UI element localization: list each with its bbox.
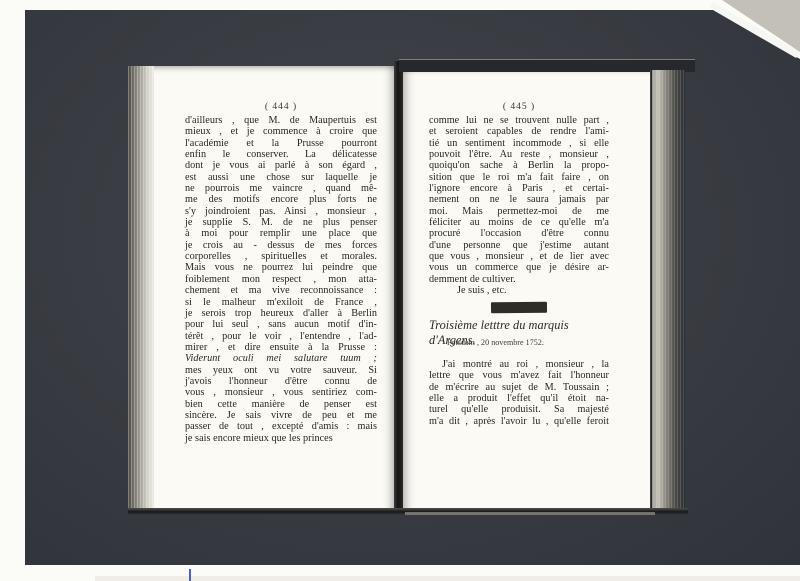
scanned-book-page: ( 444 ) d'ailleurs , que M. de Maupertui… [0, 0, 800, 581]
book-bottom-page-edge-highlight [405, 512, 655, 515]
text-line: s'y joindroient pas. Ainsi , monsieur , [185, 206, 377, 217]
text-line: pouvoit l'être. Au reste , monsieur , [429, 149, 609, 160]
scan-bottom-margin-shade [95, 576, 800, 581]
text-line: chement et ma vive reconnoissance : [185, 285, 377, 296]
text-line: turel qu'elle produisit. Sa majesté [429, 404, 609, 415]
text-line: nement on ne le saura jamais par [429, 194, 609, 205]
text-line: quoiqu'on sache à Berlin la propo- [429, 160, 609, 171]
text-line: dont je vous ai parlé à son égard , [185, 160, 377, 171]
text-line: elle a produit l'effet qu'il étoit na- [429, 393, 609, 404]
text-line: est aussi une chose sur laquelle je [185, 172, 377, 183]
text-line: J'ai montré au roi , monsieur , la [429, 359, 609, 370]
text-line: demment de cultiver. [429, 274, 609, 285]
text-line: d'ailleurs , que M. de Maupertuis est [185, 115, 377, 126]
text-line: corporelles , spirituelles et morales. [185, 251, 377, 262]
book-fore-edge-right [650, 70, 685, 512]
text-line: de m'écrire au sujet de M. Toussain ; [429, 382, 609, 393]
text-line: vous , monsieur , vous sentiriez com- [185, 387, 377, 398]
right-page-paragraph-2: J'ai montré au roi , monsieur , lalettre… [429, 359, 609, 370]
right-page-text-column: comme lui ne se trouvent nulle part ,et … [429, 115, 609, 297]
text-line: l'ignore encore à Paris , et certai- [429, 183, 609, 194]
text-line: ne pourrois me vaincre , quand mê- [185, 183, 377, 194]
text-line: l'académie et la Prusse pourront [185, 138, 377, 149]
text-line: j'avois l'honneur d'être connu de [185, 376, 377, 387]
text-line: je serois trop heureux d'aller à Berlin [185, 308, 377, 319]
text-line: à moi pour remplir une place que [185, 228, 377, 239]
text-line: Je suis , etc. [429, 285, 609, 296]
page-number-right: ( 445 ) [429, 102, 609, 112]
text-line: passer de tout , excepté d'amis : mais [185, 421, 377, 432]
text-line: enfin le conserver. La délicatesse [185, 149, 377, 160]
text-line: mirer , et dire ensuite à la Prusse : [185, 342, 377, 353]
page-number-left: ( 444 ) [185, 102, 377, 112]
text-line: que vous , monsieur , et de lier avec [429, 251, 609, 262]
text-line: si le malheur m'exiloit de France , [185, 297, 377, 308]
right-page-lower-block: Troisième letttre du marquisd'Argens. Po… [429, 296, 609, 370]
scan-bottom-blue-mark [189, 569, 191, 581]
text-line: tié un sentiment incommode , si elle [429, 138, 609, 149]
text-line: mes yeux ont vu votre sauveur. Si [185, 365, 377, 376]
letter-dateline: Potsdam , 20 novembre 1752. [429, 337, 609, 348]
letter-heading: Troisième letttre du marquisd'Argens. [429, 318, 609, 329]
heading-line: Troisième letttre du marquis [429, 318, 609, 333]
text-line: me des motifs encore plus forts ne [185, 194, 377, 205]
text-line: lettre que vous m'avez fait l'honneur [429, 370, 609, 381]
left-page-text-column: d'ailleurs , que M. de Maupertuis estmie… [185, 115, 377, 444]
section-divider-rule [491, 302, 547, 314]
text-line: je crois au - dessus de mes forces [185, 240, 377, 251]
text-line: bien cette manière de penser est [185, 399, 377, 410]
text-line: sincère. Je sais vivre de peu et me [185, 410, 377, 421]
text-line: pour lui seul , sans aucun motif d'in- [185, 319, 377, 330]
text-line: m'a dit , après l'avoir lu , qu'elle fer… [429, 416, 609, 427]
text-line: féliciter au moins de ce qu'elle m'a [429, 217, 609, 228]
text-line: mieux , et je commence à croire que [185, 126, 377, 137]
text-line: d'une personne que j'estime autant [429, 240, 609, 251]
text-line: comme lui ne se trouvent nulle part , [429, 115, 609, 126]
text-line: je sais encore mieux que les princes [185, 433, 377, 444]
text-line: moi. Mais permettez-moi de me [429, 206, 609, 217]
text-line: et seroient capables de rendre l'ami- [429, 126, 609, 137]
text-line: foiblement mon respect , mon atta- [185, 274, 377, 285]
text-line: sition que le roi m'a fait faire , on [429, 172, 609, 183]
text-line: je supplie S. M. de ne plus penser [185, 217, 377, 228]
text-line: vous un commerce que je désire ar- [429, 262, 609, 273]
text-line: procuré l'occasion d'être connu [429, 228, 609, 239]
book-fore-edge-left [128, 66, 155, 512]
text-line: Mais vous ne pourrez lui peindre que [185, 262, 377, 273]
text-line: Viderunt oculi mei salutare tuum ; [185, 353, 377, 364]
book-gutter [394, 61, 403, 514]
text-line: térêt , pour le voir , l'entendre , l'ad… [185, 331, 377, 342]
